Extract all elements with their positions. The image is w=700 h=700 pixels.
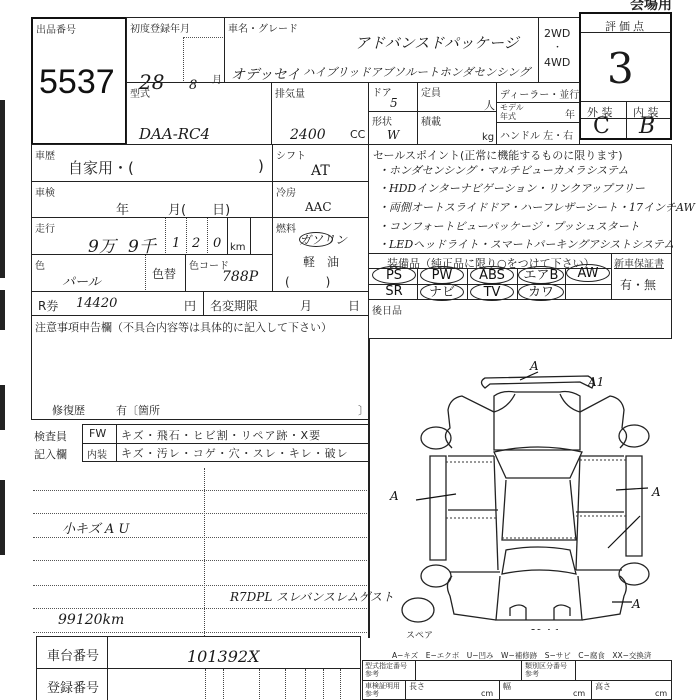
sales-point-4: ・コンフォートビューパッケージ・プッシュスタート	[378, 218, 640, 234]
history-value: 自家用・(	[68, 157, 134, 178]
body-label: 形状	[372, 113, 392, 128]
mileage-digit-2: 2	[192, 236, 200, 251]
equip-abs: ABS	[470, 266, 514, 284]
divider	[207, 218, 208, 255]
comment-line	[33, 560, 369, 561]
fuel-other: ( )	[285, 273, 330, 290]
shift: AT	[311, 163, 330, 179]
color-code: 788P	[222, 269, 258, 285]
year-unit: 年	[565, 106, 575, 121]
drive-box: 2WD ・ 4WD	[538, 17, 580, 83]
divider	[165, 218, 166, 255]
first-reg-label: 初度登録年月	[130, 20, 190, 35]
handle-box: ハンドル 左・右	[496, 122, 580, 145]
first-reg-box: 初度登録年月 28 8 月	[126, 17, 225, 83]
damage-mark: A1	[587, 375, 604, 389]
body-box: 形状 W	[368, 111, 418, 145]
aircon: AAC	[305, 200, 332, 214]
comment-divider	[204, 468, 205, 636]
km-unit: km	[230, 242, 246, 253]
divider	[323, 669, 324, 700]
mileage-box: 走行 9万 9千 1 2 0 km	[31, 217, 273, 255]
divider	[250, 218, 251, 255]
width-unit: cm	[573, 689, 585, 698]
car-name: オデッセイ	[231, 64, 300, 84]
grade-line-1: アドバンスドパッケージ	[355, 32, 519, 53]
divider	[521, 661, 522, 680]
inspector-label-2: 記入欄	[34, 446, 67, 462]
divider	[405, 680, 406, 700]
divider	[227, 218, 228, 255]
shift-box: シフト AT	[272, 144, 369, 182]
reference-table: 型式指定番号 参考 類別区分番号 参考 車検証明用 参考 長さ cm 幅 cm …	[362, 660, 672, 700]
displacement: 2400	[290, 127, 326, 143]
chassis-label: 車台番号	[47, 645, 99, 664]
chassis-box: 車台番号 101392X	[36, 636, 361, 669]
displacement-label: 排気量	[275, 85, 305, 100]
scan-artifact	[0, 228, 5, 278]
doors: 5	[390, 96, 398, 110]
damage-mark: A	[389, 489, 399, 503]
comment-line	[33, 585, 369, 586]
drive-dot: ・	[553, 40, 562, 53]
history-label: 車歴	[35, 147, 55, 162]
model-code: DAA-RC4	[139, 125, 210, 143]
score-box: 評価点 3 外 装 内 装 C B	[579, 12, 672, 140]
score-value: 3	[607, 44, 634, 93]
aircon-box: 冷房 AAC	[272, 181, 369, 218]
chassis-value: 101392X	[187, 647, 259, 666]
damage-mark: A	[651, 485, 661, 499]
car-damage-diagram: A A1 A A A U A1	[370, 340, 700, 630]
repair-value: 有〔箇所	[116, 402, 160, 418]
car-name-label: 車名・グレード	[228, 20, 298, 35]
comment-line	[33, 608, 369, 609]
divider	[305, 669, 306, 700]
shaken-value: 年 月( 日)	[116, 199, 230, 218]
equip-ps: PS	[372, 266, 416, 284]
comment-line	[33, 632, 369, 633]
score-divider	[626, 101, 627, 138]
category-label: 類別区分番号 参考	[525, 662, 573, 678]
mileage-digit-3: 0	[213, 236, 221, 251]
equip-aw: AW	[566, 264, 610, 282]
shaken-box: 車検 年 月( 日)	[31, 181, 273, 218]
reg-box: 登録番号	[36, 668, 361, 700]
doors-box: ドア 5	[368, 82, 418, 112]
sales-point-1: ・ホンダセンシング・マルチビューカメラシステム	[378, 162, 628, 178]
divider	[185, 255, 186, 292]
equip-airbag: エアB	[518, 266, 564, 284]
damage-mark: A	[529, 359, 539, 373]
divider	[499, 680, 500, 700]
length-unit: cm	[481, 689, 493, 698]
capacity-box: 定員 人	[417, 82, 497, 112]
comment-line	[33, 537, 369, 538]
interior-items: キズ・汚レ・コゲ・穴・スレ・キレ・破レ	[121, 445, 349, 461]
recycle-label: R券	[38, 297, 58, 314]
cc-unit: CC	[350, 128, 365, 141]
mileage-digit-1: 1	[172, 236, 180, 251]
sales-point-2: ・HDDインターナビゲーション・リンクアップフリー	[378, 180, 645, 196]
damage-mark: U A1	[530, 627, 560, 630]
color-value: パール	[62, 271, 101, 290]
shift-label: シフト	[276, 147, 306, 162]
color-box: 色 パール 色替 色コード 788P	[31, 254, 273, 292]
inspector-comment-3: 99120km	[58, 612, 124, 628]
dealer-label: ディーラー・並行	[500, 86, 579, 101]
warranty-box: 新車保証書 有・無	[611, 253, 672, 300]
handle-label: ハンドル 左・右	[500, 127, 573, 142]
later-items-box: 後日品	[368, 299, 672, 339]
inspector-label-1: 検査員	[34, 428, 67, 444]
name-change-box: 名変期限 月 日	[203, 291, 369, 316]
warranty-value: 有・無	[620, 276, 656, 293]
color-change-label: 色替	[152, 265, 176, 282]
reg-label: 登録番号	[47, 677, 99, 696]
divider	[183, 37, 225, 38]
lot-number-box: 出品番号 5537	[31, 17, 127, 145]
load-label: 積載	[421, 113, 441, 128]
comment-line	[33, 513, 369, 514]
height-label: 高さ	[595, 681, 611, 692]
divider	[205, 669, 206, 700]
doors-label: ドア	[372, 84, 392, 99]
scan-artifact	[0, 480, 5, 555]
comment-line	[33, 490, 369, 491]
damage-mark: A	[631, 597, 641, 611]
history-close: )	[258, 157, 264, 175]
exterior-grade: C	[593, 114, 610, 139]
model-code-box: 型式 DAA-RC4	[126, 82, 272, 145]
fuel-gasoline-circle	[299, 232, 333, 247]
scan-artifact	[0, 290, 5, 330]
aircon-label: 冷房	[276, 184, 296, 199]
height-unit: cm	[655, 689, 667, 698]
divider	[285, 669, 286, 700]
notes-title: 注意事項申告欄（不具合内容等は具体的に記入して下さい）	[35, 319, 332, 335]
fuel-label: 燃料	[276, 220, 296, 235]
fw-label: FW	[89, 427, 106, 440]
scan-artifact	[0, 385, 5, 430]
type-designation-label: 型式指定番号 参考	[365, 662, 413, 678]
divider	[575, 661, 576, 680]
fuel-box: 燃料 ガソリン 軽 油 ( )	[272, 217, 369, 292]
divider	[259, 669, 260, 700]
later-items-label: 後日品	[372, 302, 402, 317]
divider	[415, 661, 416, 680]
recycle-box: R券 14420 円	[31, 291, 204, 316]
lot-number: 5537	[39, 63, 115, 102]
length-label: 長さ	[409, 681, 425, 692]
inspector-comment-1: 小キズ A U	[62, 518, 129, 537]
equip-pw: PW	[420, 266, 464, 284]
divider	[83, 443, 368, 444]
model-year-box: モデル年式 年	[496, 102, 580, 123]
divider	[223, 669, 224, 700]
car-name-box: 車名・グレード アドバンスドパッケージ オデッセイ ハイブリッドアブソルートホン…	[224, 17, 539, 83]
name-change-value: 月 日	[300, 297, 360, 314]
divider	[145, 255, 146, 292]
displacement-box: 排気量 2400 CC	[271, 82, 369, 145]
color-label: 色	[35, 257, 45, 272]
interior-grade: B	[639, 114, 655, 139]
repair-label: 修復歴	[52, 402, 85, 418]
drive-4wd: 4WD	[544, 56, 570, 69]
notes-box: 注意事項申告欄（不具合内容等は具体的に記入して下さい） 修復歴 有〔箇所 〕	[31, 315, 369, 420]
recycle-value: 14420	[76, 296, 117, 311]
fuel-diesel: 軽 油	[303, 253, 339, 270]
score-divider	[581, 32, 670, 33]
name-change-label: 名変期限	[210, 297, 258, 314]
yen-unit: 円	[184, 297, 196, 314]
divider	[417, 268, 418, 299]
divider	[183, 37, 184, 83]
fw-items: キズ・飛石・ヒビ割・リペア跡・X要	[121, 427, 321, 443]
sales-points-title: セールスポイント(正常に機能するものに限ります)	[373, 147, 623, 163]
history-box: 車歴 自家用・( )	[31, 144, 273, 182]
sales-point-3: ・両側オートスライドドア・ハーフレザーシート・17インチAW	[378, 199, 695, 215]
inspector-table: FW キズ・飛石・ヒビ割・リペア跡・X要 内装 キズ・汚レ・コゲ・穴・スレ・キレ…	[82, 424, 369, 462]
lot-label: 出品番号	[36, 21, 76, 36]
divider	[340, 669, 341, 700]
model-year-label: モデル年式	[500, 103, 530, 121]
load-box: 積載 kg	[417, 111, 497, 145]
divider	[467, 268, 468, 299]
sales-point-5: ・LEDヘッドライト・スマートパーキングアシストシステム	[378, 236, 674, 252]
divider	[116, 425, 117, 461]
body: W	[387, 128, 399, 142]
grade-line-2: ハイブリッドアブソルートホンダセンシング	[303, 64, 530, 80]
interior-inspect-label: 内装	[87, 446, 107, 461]
model-code-label: 型式	[130, 85, 150, 100]
shaken-label: 車検	[35, 184, 55, 199]
load-unit: kg	[482, 132, 494, 143]
cert-label: 車検証明用 参考	[365, 682, 405, 698]
drive-2wd: 2WD	[544, 27, 570, 40]
mileage-label: 走行	[35, 220, 55, 235]
spare-label: スペア	[406, 628, 433, 641]
width-label: 幅	[503, 681, 511, 692]
capacity-label: 定員	[421, 84, 441, 99]
dealer-box: ディーラー・並行	[496, 82, 580, 103]
divider	[186, 218, 187, 255]
divider	[591, 680, 592, 700]
warranty-label: 新車保証書	[614, 255, 664, 270]
